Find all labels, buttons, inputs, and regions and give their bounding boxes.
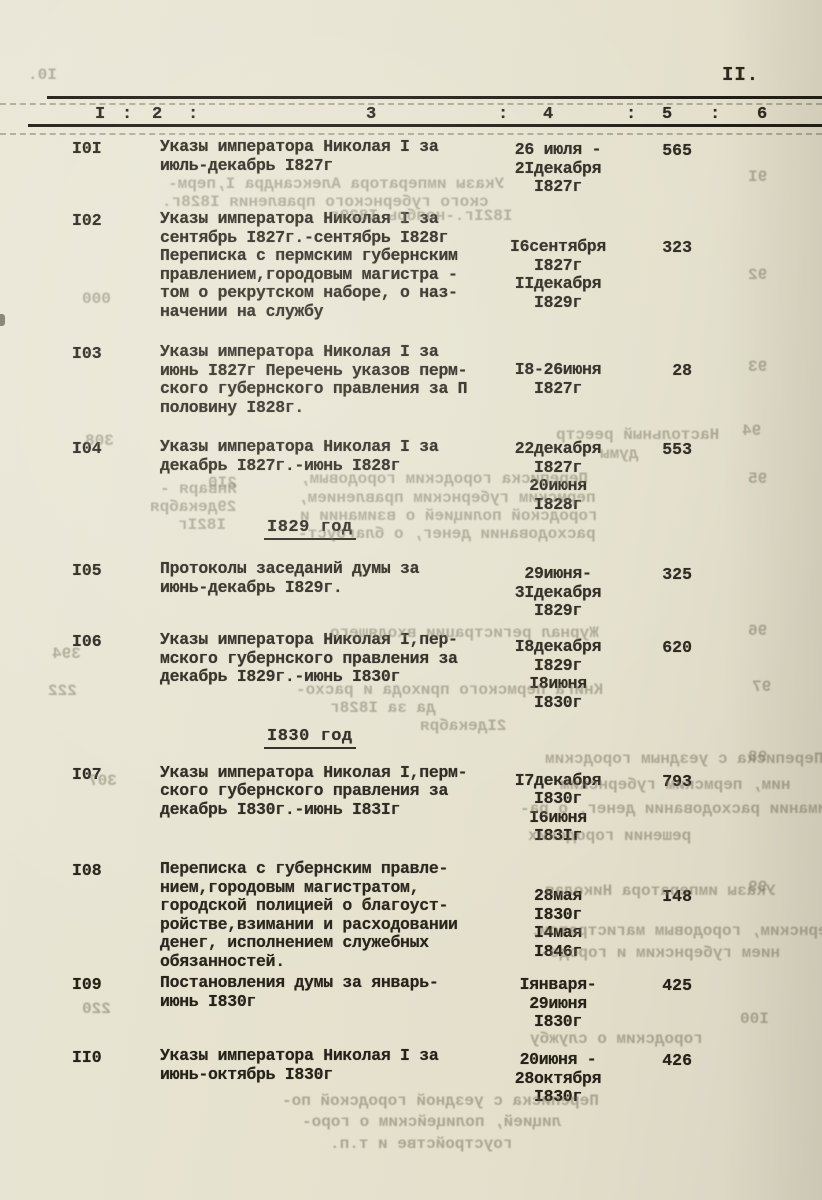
description-line: Переписка с пермским губернским <box>160 247 508 266</box>
bleedthrough-text: 96 <box>748 622 767 640</box>
page-count: 425 <box>608 976 692 995</box>
bleedthrough-text: 93 <box>748 358 767 376</box>
dates-cell: 29июня-3IдекабряI829г <box>497 565 619 621</box>
dates-cell: 26 июля -2IдекабряI827г <box>497 141 619 197</box>
date-line: IIдекабря <box>497 275 619 294</box>
description-line: июнь-октябрь I830г <box>160 1066 508 1085</box>
bleedthrough-text: расходовании денег, о благоуст- <box>298 525 596 543</box>
bleedthrough-text: гоустройстве и т.п. <box>330 1135 512 1153</box>
bleedthrough-text: думы <box>600 445 638 463</box>
bleedthrough-text: лицией, полицейским о горо- <box>302 1113 561 1131</box>
dates-cell: I8-26июняI827г <box>497 361 619 398</box>
table-row: I09Постановления думы за январь-июнь I83… <box>0 974 822 1011</box>
bleedthrough-text: 308 <box>85 432 114 450</box>
date-line: 20июня - <box>497 1051 619 1070</box>
table-body: I0IУказы императора Николая I заиюль-дек… <box>0 127 822 1084</box>
row-number: I02 <box>72 211 102 230</box>
description-line: ройстве,взимании и расходовании <box>160 916 508 935</box>
table-row: I0IУказы императора Николая I заиюль-дек… <box>0 138 822 175</box>
description-line: Переписка с губернским правле- <box>160 860 508 879</box>
description-line: Указы императора Николая I,перм- <box>160 764 508 783</box>
bleedthrough-text: Указы императора Александра I,перм- <box>168 175 504 193</box>
row-number: I08 <box>72 861 102 880</box>
bleedthrough-text: городской полицией о взимании и <box>300 507 598 525</box>
bleedthrough-text: Журнал регистрации входящего <box>330 624 599 642</box>
page-count: 28 <box>608 361 692 380</box>
bleedthrough-text: взимании расходовании денег, о ра- <box>520 800 822 818</box>
description-cell: Указы императора Николая I заиюнь-октябр… <box>160 1047 508 1084</box>
description-line: ского губернского правления за <box>160 782 508 801</box>
column-header-2: 2 <box>152 105 162 124</box>
description-line: июнь I830г <box>160 993 508 1012</box>
dates-cell: I6сентябряI827гIIдекабряI829г <box>497 238 619 312</box>
bleedthrough-text: да за I828г <box>330 699 436 717</box>
year-section-header: I830 год <box>264 727 356 749</box>
bleedthrough-text: 222 <box>48 682 77 700</box>
table-row: I03Указы императора Николая I заиюнь I82… <box>0 343 822 417</box>
date-line: I829г <box>497 294 619 313</box>
bleedthrough-text: решении городских <box>528 827 691 845</box>
description-cell: Указы императора Николая I засентябрь I8… <box>160 210 508 321</box>
description-line: правлением,городовым магистра - <box>160 266 508 285</box>
bleedthrough-text: ним, пермским губернским <box>560 776 790 794</box>
column-separator: : <box>122 105 132 124</box>
table-row: II0Указы императора Николая I заиюнь-окт… <box>0 1047 822 1084</box>
date-line: I827г <box>497 380 619 399</box>
row-number: I05 <box>72 561 102 580</box>
column-separator: : <box>188 105 198 124</box>
description-cell: Указы императора Николая I заиюнь I827г … <box>160 343 508 417</box>
date-line: I827г <box>497 178 619 197</box>
page-count: 565 <box>608 141 692 160</box>
description-cell: Указы императора Николая I заиюль-декабр… <box>160 138 508 175</box>
bleedthrough-text: Книга пермского прихода и расхо- <box>296 681 603 699</box>
column-separator: : <box>626 105 636 124</box>
bleedthrough-text: Настольный реестр <box>556 426 719 444</box>
row-number: I03 <box>72 344 102 363</box>
bleedthrough-text: Января - <box>160 480 237 498</box>
table-row: I02Указы императора Николая I засентябрь… <box>0 210 822 321</box>
description-line: половину I828г. <box>160 399 508 418</box>
date-line: I830г <box>497 1013 619 1032</box>
bleedthrough-text: 000 <box>82 290 111 308</box>
page-count: 620 <box>608 638 692 657</box>
column-header-1: I <box>95 105 105 124</box>
bleedthrough-text: 9I <box>748 168 767 186</box>
page-count: 323 <box>608 238 692 257</box>
page-count: 426 <box>608 1051 692 1070</box>
bleedthrough-text: I82Iг.-ноябрь I829г <box>330 207 512 225</box>
column-header-5: 5 <box>662 105 672 124</box>
row-number: I09 <box>72 975 102 994</box>
bleedthrough-text: I82Iг <box>178 516 226 534</box>
description-line: денег, исполнением служебных <box>160 934 508 953</box>
bleedthrough-text: Переписка с уездным городским <box>545 750 822 768</box>
bleedthrough-text: I0. <box>28 66 57 84</box>
date-line: I8-26июня <box>497 361 619 380</box>
description-line: нием,городовым магистратом, <box>160 879 508 898</box>
description-line: Указы императора Николая I за <box>160 138 508 157</box>
bleedthrough-text: 95 <box>748 470 767 488</box>
description-line: том о рекрутском наборе, о наз- <box>160 284 508 303</box>
date-line: I6сентября <box>497 238 619 257</box>
bleedthrough-text: 394 <box>52 645 81 663</box>
description-line: Указы императора Николая I за <box>160 343 508 362</box>
description-line: Указы императора Николая I за <box>160 438 508 457</box>
row-number: I0I <box>72 139 102 158</box>
description-line: начении на службу <box>160 303 508 322</box>
bleedthrough-text: губернским, городовым магистратом, <box>530 922 822 940</box>
date-line: 26 июля - <box>497 141 619 160</box>
date-line: I829г <box>497 602 619 621</box>
date-line: Iянваря- <box>497 976 619 995</box>
date-line: 29июня- <box>497 565 619 584</box>
scanned-archive-inventory-page: II. I : 2 : 3 : 4 : 5 : 6 I0IУказы импер… <box>0 0 822 1200</box>
bleedthrough-text: 97 <box>752 678 771 696</box>
description-line: ского губернского правления за П <box>160 380 508 399</box>
description-line: июль-декабрь I827г <box>160 157 508 176</box>
description-cell: Указы императора Николая I,перм-ского гу… <box>160 764 508 820</box>
page-number: II. <box>722 64 759 86</box>
date-line: I829г <box>497 657 619 676</box>
bleedthrough-text: 2Iдекабря <box>420 717 506 735</box>
bleedthrough-text: 94 <box>742 422 761 440</box>
description-line: сентябрь I827г.-сентябрь I828г <box>160 229 508 248</box>
bleedthrough-text: Переписка городским городовым, <box>300 470 588 488</box>
bleedthrough-text: I00 <box>740 1010 769 1028</box>
bleedthrough-text: Указы императора Николая <box>545 882 775 900</box>
description-cell: Постановления думы за январь-июнь I830г <box>160 974 508 1011</box>
column-header-3: 3 <box>366 105 376 124</box>
bleedthrough-text: нием губернским и городо- <box>540 944 780 962</box>
description-line: Протоколы заседаний думы за <box>160 560 508 579</box>
column-header-6: 6 <box>757 105 767 124</box>
dates-cell: Iянваря-29июняI830г <box>497 976 619 1032</box>
date-line: 28октября <box>497 1070 619 1089</box>
bleedthrough-text: 307 <box>88 772 117 790</box>
bleedthrough-text: 92 <box>748 266 767 284</box>
description-line: мского губернского правления за <box>160 650 508 669</box>
column-header-4: 4 <box>543 105 553 124</box>
description-cell: Переписка с губернским правле-нием,город… <box>160 860 508 971</box>
bleedthrough-text: 29декабря <box>150 498 236 516</box>
table-row: I05Протоколы заседаний думы заиюнь-декаб… <box>0 560 822 597</box>
date-line: I827г <box>497 257 619 276</box>
description-line: июнь I827г Перечень указов перм- <box>160 362 508 381</box>
date-line: 2Iдекабря <box>497 160 619 179</box>
bleedthrough-text: пермским губернским правлением, <box>298 489 596 507</box>
description-line: Постановления думы за январь- <box>160 974 508 993</box>
page-count: 325 <box>608 565 692 584</box>
bleedthrough-text: Переписка с уездной городской по- <box>282 1092 599 1110</box>
description-cell: Протоколы заседаний думы заиюнь-декабрь … <box>160 560 508 597</box>
date-line: 3Iдекабря <box>497 584 619 603</box>
dates-cell: I8декабряI829гI8июняI830г <box>497 638 619 712</box>
bleedthrough-text: городским о службу <box>530 1030 703 1048</box>
description-line: обязанностей. <box>160 953 508 972</box>
description-line: июнь-декабрь I829г. <box>160 579 508 598</box>
date-line: 29июня <box>497 995 619 1014</box>
header-rule-top <box>47 96 822 99</box>
description-line: Указы императора Николая I за <box>160 1047 508 1066</box>
row-number: II0 <box>72 1048 102 1067</box>
description-line: декабрь I830г.-июнь I83Iг <box>160 801 508 820</box>
column-separator: : <box>498 105 508 124</box>
column-separator: : <box>710 105 720 124</box>
description-line: городской полицией о благоуст- <box>160 897 508 916</box>
bleedthrough-text: 220 <box>82 1000 111 1018</box>
